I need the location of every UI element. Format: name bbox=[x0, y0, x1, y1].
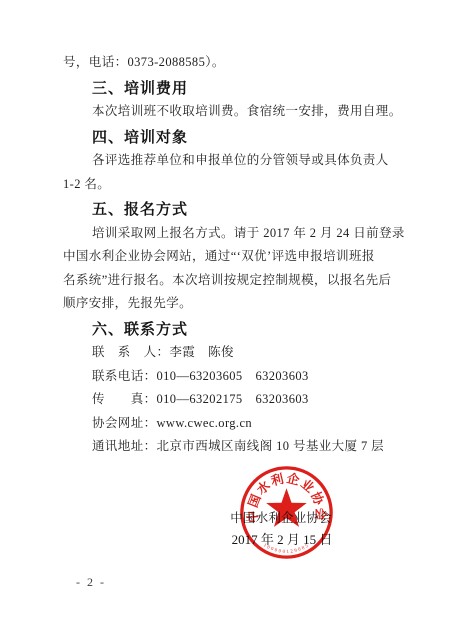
document-page: 号，电话：0373-2088585）。 三、培训费用 本次培训班不收取培训费。食… bbox=[0, 0, 450, 636]
contact-fax-line: 传 真：010—63202175 63203603 bbox=[63, 388, 408, 412]
doc-line: 各评选推荐单位和申报单位的分管领导或具体负责人 bbox=[63, 149, 408, 173]
doc-line: 1-2 名。 bbox=[63, 173, 408, 197]
doc-line: 号，电话：0373-2088585）。 bbox=[63, 51, 408, 75]
section-heading-contact: 六、联系方式 bbox=[63, 318, 408, 342]
section-heading-trainees: 四、培训对象 bbox=[63, 126, 408, 150]
section-heading-fees: 三、培训费用 bbox=[63, 77, 408, 101]
doc-line: 顺序安排，先报先学。 bbox=[63, 292, 408, 316]
section-heading-registration: 五、报名方式 bbox=[63, 198, 408, 222]
doc-line: 本次培训班不收取培训费。食宿统一安排，费用自理。 bbox=[63, 100, 408, 124]
official-seal-stamp-icon: 中国水利企业协会 100000129085 bbox=[238, 464, 335, 561]
contact-phone-line: 联系电话：010—63203605 63203603 bbox=[63, 365, 408, 389]
page-number: - 2 - bbox=[76, 575, 106, 590]
star-icon bbox=[266, 488, 307, 527]
contact-person-line: 联 系 人：李霞 陈俊 bbox=[63, 341, 408, 365]
contact-website-line: 协会网址：www.cwec.org.cn bbox=[63, 412, 408, 436]
document-body: 号，电话：0373-2088585）。 三、培训费用 本次培训班不收取培训费。食… bbox=[63, 51, 408, 459]
contact-address-line: 通讯地址：北京市西城区南线阁 10 号基业大厦 7 层 bbox=[63, 435, 408, 459]
doc-line: 中国水利企业协会网站，通过“‘双优’评选申报培训班报 bbox=[63, 245, 408, 269]
doc-line: 名系统”进行报名。本次培训按规定控制规模，以报名先后 bbox=[63, 269, 408, 293]
doc-line: 培训采取网上报名方式。请于 2017 年 2 月 24 日前登录 bbox=[63, 222, 408, 246]
